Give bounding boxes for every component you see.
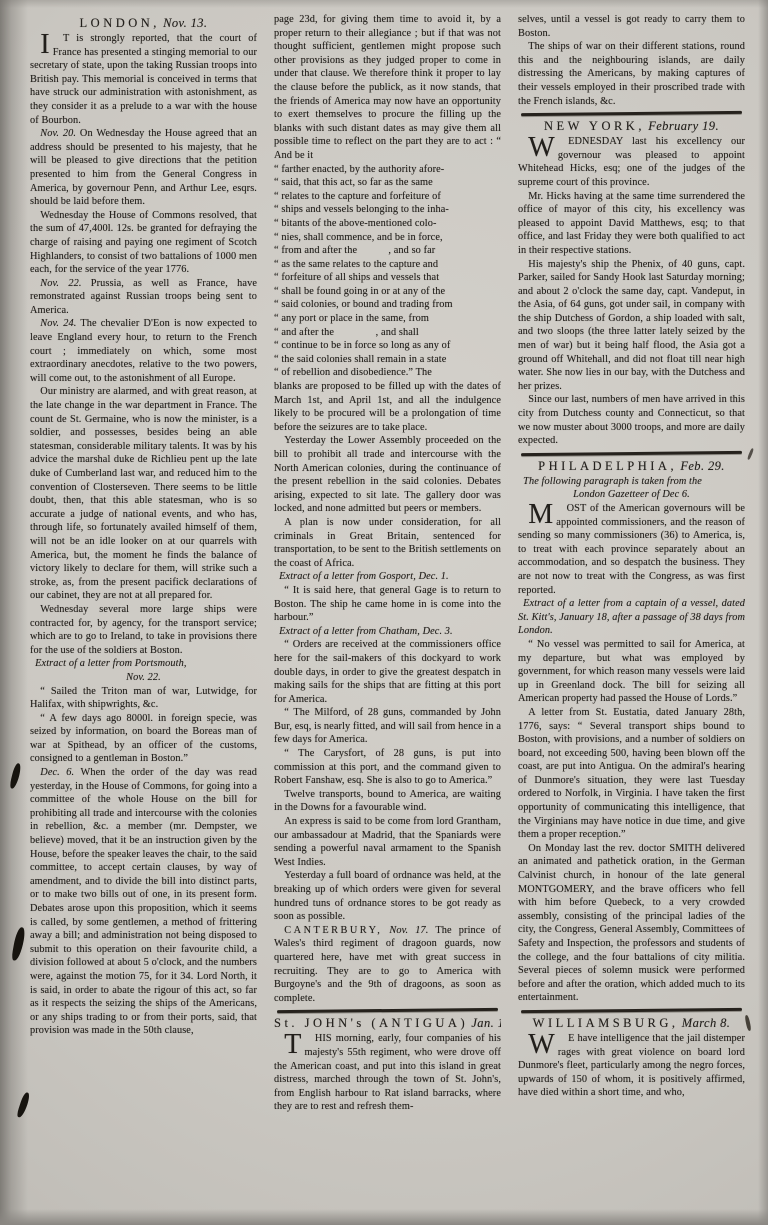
paragraph-date-lead: Nov. 24.	[40, 318, 76, 329]
quoted-line: “ farther enacted, by the authority afor…	[274, 163, 501, 177]
article-paragraph: “ A few days ago 8000l. in foreign speci…	[30, 712, 257, 766]
article-paragraph: A plan is now under consideration, for a…	[274, 516, 501, 570]
article-paragraph: Since our last, numbers of men have arri…	[518, 393, 745, 447]
article-paragraph: WE have intelligence that the jail diste…	[518, 1032, 745, 1100]
letter-extract-caption: Extract of a letter from Chatham, Dec. 3…	[274, 625, 501, 639]
article-paragraph: An express is said to be come from lord …	[274, 815, 501, 869]
newspaper-column-1: LONDON, Nov. 13.IT is strongly reported,…	[30, 13, 257, 1215]
dateline-date: Nov. 17.	[389, 925, 428, 936]
quoted-line: “ forfeiture of all ships and vessels th…	[274, 271, 501, 285]
quoted-line: “ bitants of the above-mentioned colo-	[274, 217, 501, 231]
quoted-line: “ nies, shall commence, and be in force,	[274, 231, 501, 245]
article-paragraph: MOST of the American governours will be …	[518, 502, 745, 597]
article-paragraph: On Monday last the rev. doctor SMITH del…	[518, 842, 745, 1005]
article-paragraph: page 23d, for giving them time to avoid …	[274, 13, 501, 163]
scan-shadow-left	[0, 0, 28, 1225]
section-heading: NEW YORK, February 19.	[518, 118, 745, 134]
article-paragraph: His majesty's ship the Phenix, of 40 gun…	[518, 258, 745, 394]
article-paragraph: The ships of war on their different stat…	[518, 40, 745, 108]
quoted-line: “ shall be found going in or at any of t…	[274, 285, 501, 299]
section-title: WILLIAMSBURG,	[533, 1016, 679, 1030]
section-date: Jan. 17.	[471, 1016, 501, 1030]
article-paragraph: Nov. 22. Prussia, as well as France, hav…	[30, 277, 257, 318]
section-heading: St. JOHN's (ANTIGUA) Jan. 17.	[274, 1015, 501, 1031]
article-paragraph: “ Orders are received at the commissione…	[274, 638, 501, 706]
quoted-act-passage: “ farther enacted, by the authority afor…	[274, 163, 501, 381]
column-container: LONDON, Nov. 13.IT is strongly reported,…	[30, 13, 745, 1215]
section-date: February 19.	[648, 119, 719, 133]
drop-cap: W	[518, 1032, 558, 1057]
article-paragraph: “ Sailed the Triton man of war, Lutwidge…	[30, 685, 257, 712]
article-paragraph: Twelve transports, bound to America, are…	[274, 788, 501, 815]
quoted-line: “ any port or place in the same, from	[274, 312, 501, 326]
article-paragraph: Mr. Hicks having at the same time surren…	[518, 190, 745, 258]
letter-extract-caption: Nov. 22.	[30, 671, 257, 685]
article-paragraph: Wednesday the House of Commons resolved,…	[30, 209, 257, 277]
article-paragraph: “ No vessel was permitted to sail for Am…	[518, 638, 745, 706]
article-paragraph: IT is strongly reported, that the court …	[30, 32, 257, 127]
letter-extract-caption: The following paragraph is taken from th…	[518, 475, 745, 489]
article-paragraph: “ The Carysfort, of 28 guns, is put into…	[274, 747, 501, 788]
quoted-line: “ and after the , and shall	[274, 326, 501, 340]
section-title: St. JOHN's (ANTIGUA)	[274, 1016, 468, 1030]
section-title: PHILADELPHIA,	[538, 459, 677, 473]
section-divider-rule	[521, 451, 742, 456]
quoted-line: “ relates to the capture and forfeiture …	[274, 190, 501, 204]
drop-cap: I	[30, 32, 53, 57]
article-paragraph: blanks are proposed to be filled up with…	[274, 380, 501, 434]
dateline-city: CANTERBURY,	[284, 925, 382, 936]
newspaper-column-3: selves, until a vessel is got ready to c…	[518, 13, 745, 1215]
quoted-line: “ of rebellion and disobedience.” The	[274, 366, 501, 380]
drop-cap: W	[518, 135, 558, 160]
article-paragraph: Nov. 20. On Wednesday the House agreed t…	[30, 127, 257, 209]
article-paragraph: A letter from St. Eustatia, dated Januar…	[518, 706, 745, 842]
article-paragraph: Yesterday the Lower Assembly proceeded o…	[274, 434, 501, 516]
article-paragraph: Our ministry are alarmed, and with great…	[30, 385, 257, 603]
paragraph-date-lead: Nov. 20.	[40, 128, 76, 139]
section-date: Feb. 29.	[680, 459, 725, 473]
newspaper-column-2: page 23d, for giving them time to avoid …	[274, 13, 501, 1215]
article-paragraph: selves, until a vessel is got ready to c…	[518, 13, 745, 40]
ink-smudge	[744, 1015, 751, 1031]
article-paragraph: THIS morning, early, four companies of h…	[274, 1032, 501, 1114]
section-date: March 8.	[682, 1016, 731, 1030]
paragraph-date-lead: Nov. 22.	[40, 278, 81, 289]
section-heading: WILLIAMSBURG, March 8.	[518, 1015, 745, 1031]
article-paragraph: Wednesday several more large ships were …	[30, 603, 257, 657]
quoted-line: “ continue to be in force so long as any…	[274, 339, 501, 353]
article-paragraph: “ The Milford, of 28 guns, commanded by …	[274, 706, 501, 747]
article-paragraph: CANTERBURY, Nov. 17. The prince of Wales…	[274, 924, 501, 1006]
section-heading: LONDON, Nov. 13.	[30, 15, 257, 31]
quoted-line: “ said, that this act, so far as the sam…	[274, 176, 501, 190]
section-heading: PHILADELPHIA, Feb. 29.	[518, 458, 745, 474]
section-title: LONDON,	[80, 16, 160, 30]
section-divider-rule	[277, 1008, 498, 1013]
quoted-line: “ said colonies, or bound and trading fr…	[274, 298, 501, 312]
scan-shadow-top	[0, 0, 768, 8]
quoted-line: “ from and after the , and so far	[274, 244, 501, 258]
quoted-line: “ ships and vessels belonging to the inh…	[274, 203, 501, 217]
section-date: Nov. 13.	[163, 16, 207, 30]
ink-smudge	[747, 448, 754, 460]
letter-extract-caption: Extract of a letter from Gosport, Dec. 1…	[274, 570, 501, 584]
section-divider-rule	[521, 111, 742, 116]
article-paragraph: Nov. 24. The chevalier D'Eon is now expe…	[30, 317, 257, 385]
quoted-line: “ the said colonies shall remain in a st…	[274, 353, 501, 367]
newspaper-page: LONDON, Nov. 13.IT is strongly reported,…	[0, 0, 768, 1225]
article-paragraph: Dec. 6. When the order of the day was re…	[30, 766, 257, 1038]
section-divider-rule	[521, 1008, 742, 1013]
letter-extract-caption: Extract of a letter from Portsmouth,	[30, 657, 257, 671]
article-paragraph: WEDNESDAY last his excellency our govern…	[518, 135, 745, 189]
quoted-line: “ as the same relates to the capture and	[274, 258, 501, 272]
article-paragraph: Yesterday a full board of ordnance was h…	[274, 869, 501, 923]
paragraph-date-lead: Dec. 6.	[40, 767, 74, 778]
article-paragraph: “ It is said here, that general Gage is …	[274, 584, 501, 625]
drop-cap: M	[518, 502, 556, 527]
scan-shadow-right	[758, 0, 768, 1225]
drop-cap: T	[274, 1032, 305, 1057]
letter-extract-caption: Extract of a letter from a captain of a …	[518, 597, 745, 638]
section-title: NEW YORK,	[544, 119, 645, 133]
